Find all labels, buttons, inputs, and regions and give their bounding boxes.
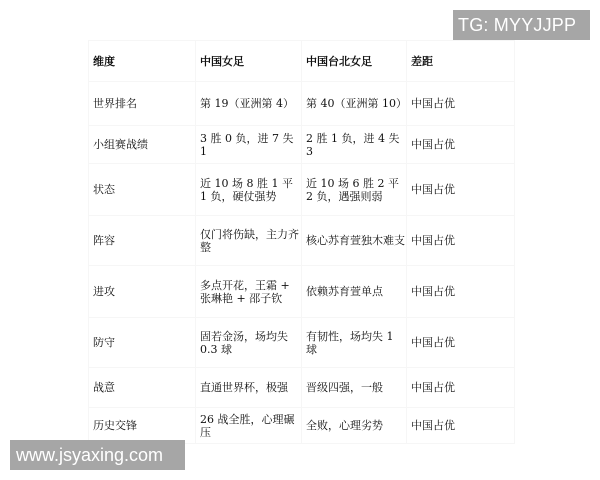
- table-row: 历史交锋 26 战全胜，心理碾压 全败，心理劣势 中国占优: [89, 408, 515, 444]
- table-row: 状态 近 10 场 8 胜 1 平 1 负，硬仗强势 近 10 场 6 胜 2 …: [89, 164, 515, 216]
- page: TG: MYYJJPP 维度 中国女足 中国台北女足 差距 世界排名 第 19（…: [0, 0, 600, 480]
- header-gap: 差距: [407, 41, 515, 82]
- row-gap: 中国占优: [407, 368, 515, 408]
- row-taipei: 核心苏育萱独木难支: [302, 216, 407, 266]
- row-dimension: 防守: [89, 318, 196, 368]
- row-taipei: 第 40（亚洲第 10）: [302, 82, 407, 126]
- header-taipei: 中国台北女足: [302, 41, 407, 82]
- row-dimension: 阵容: [89, 216, 196, 266]
- row-gap: 中国占优: [407, 216, 515, 266]
- watermark-top-right: TG: MYYJJPP: [453, 10, 590, 40]
- row-dimension: 战意: [89, 368, 196, 408]
- row-dimension: 世界排名: [89, 82, 196, 126]
- header-dimension: 维度: [89, 41, 196, 82]
- row-china: 第 19（亚洲第 4）: [196, 82, 302, 126]
- row-taipei: 晋级四强，一般: [302, 368, 407, 408]
- table-row: 进攻 多点开花，王霜 + 张琳艳 + 邵子钦 依赖苏育萱单点 中国占优: [89, 266, 515, 318]
- row-gap: 中国占优: [407, 408, 515, 444]
- row-dimension: 历史交锋: [89, 408, 196, 444]
- row-china: 仅门将伤缺，主力齐整: [196, 216, 302, 266]
- row-taipei: 依赖苏育萱单点: [302, 266, 407, 318]
- row-dimension: 状态: [89, 164, 196, 216]
- row-china: 固若金汤，场均失 0.3 球: [196, 318, 302, 368]
- row-gap: 中国占优: [407, 266, 515, 318]
- watermark-bottom-left: www.jsyaxing.com: [10, 440, 185, 470]
- row-china: 近 10 场 8 胜 1 平 1 负，硬仗强势: [196, 164, 302, 216]
- table-row: 小组赛战绩 3 胜 0 负，进 7 失 1 2 胜 1 负，进 4 失 3 中国…: [89, 126, 515, 164]
- row-taipei: 有韧性，场均失 1 球: [302, 318, 407, 368]
- table-row: 防守 固若金汤，场均失 0.3 球 有韧性，场均失 1 球 中国占优: [89, 318, 515, 368]
- header-china: 中国女足: [196, 41, 302, 82]
- row-gap: 中国占优: [407, 318, 515, 368]
- row-dimension: 进攻: [89, 266, 196, 318]
- row-taipei: 全败，心理劣势: [302, 408, 407, 444]
- comparison-table: 维度 中国女足 中国台北女足 差距 世界排名 第 19（亚洲第 4） 第 40（…: [88, 40, 515, 444]
- row-taipei: 近 10 场 6 胜 2 平 2 负，遇强则弱: [302, 164, 407, 216]
- table-row: 阵容 仅门将伤缺，主力齐整 核心苏育萱独木难支 中国占优: [89, 216, 515, 266]
- table-row: 世界排名 第 19（亚洲第 4） 第 40（亚洲第 10） 中国占优: [89, 82, 515, 126]
- table-row: 战意 直通世界杯，极强 晋级四强，一般 中国占优: [89, 368, 515, 408]
- row-china: 3 胜 0 负，进 7 失 1: [196, 126, 302, 164]
- row-taipei: 2 胜 1 负，进 4 失 3: [302, 126, 407, 164]
- row-china: 多点开花，王霜 + 张琳艳 + 邵子钦: [196, 266, 302, 318]
- row-gap: 中国占优: [407, 82, 515, 126]
- row-china: 26 战全胜，心理碾压: [196, 408, 302, 444]
- table-header-row: 维度 中国女足 中国台北女足 差距: [89, 41, 515, 82]
- row-china: 直通世界杯，极强: [196, 368, 302, 408]
- row-dimension: 小组赛战绩: [89, 126, 196, 164]
- row-gap: 中国占优: [407, 126, 515, 164]
- row-gap: 中国占优: [407, 164, 515, 216]
